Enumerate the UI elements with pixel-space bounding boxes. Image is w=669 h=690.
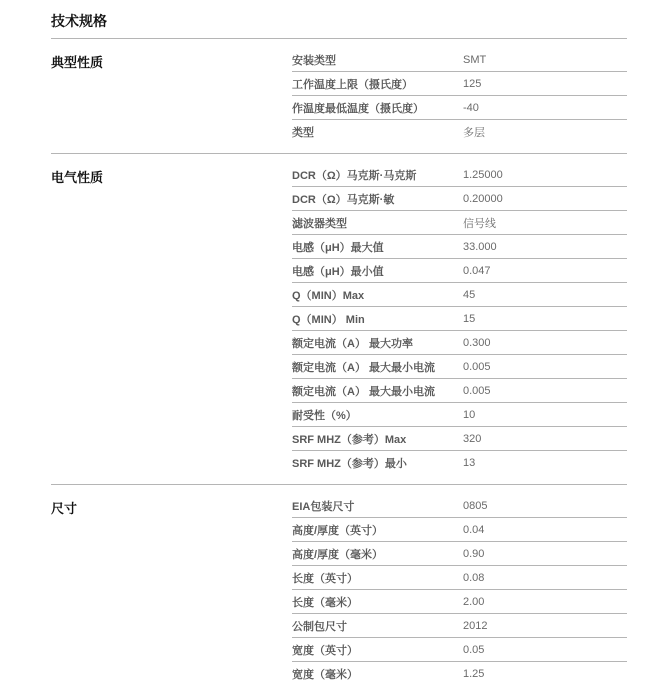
spec-value: 2012 bbox=[463, 620, 487, 632]
spec-label: 额定电流（A） 最大最小电流 bbox=[292, 383, 463, 399]
section-heading: 尺寸 bbox=[51, 485, 292, 686]
spec-label: Q（MIN） Min bbox=[292, 311, 463, 327]
section-heading: 电气性质 bbox=[51, 154, 292, 484]
spec-row: 长度（毫米）2.00 bbox=[292, 590, 627, 614]
spec-value: 320 bbox=[463, 433, 481, 445]
spec-row: 高度/厚度（英寸）0.04 bbox=[292, 518, 627, 542]
spec-row: SRF MHZ（参考）Max320 bbox=[292, 427, 627, 451]
spec-label: 类型 bbox=[292, 124, 463, 140]
spec-value: 0.08 bbox=[463, 572, 484, 584]
spec-label: 宽度（毫米） bbox=[292, 666, 463, 682]
spec-row: 安装类型SMT bbox=[292, 48, 627, 72]
spec-row: Q（MIN）Max45 bbox=[292, 283, 627, 307]
spec-row: SRF MHZ（参考）最小13 bbox=[292, 451, 627, 475]
spec-row: 电感（μH）最小值0.047 bbox=[292, 259, 627, 283]
spec-label: 安装类型 bbox=[292, 52, 463, 68]
spec-label: 滤波器类型 bbox=[292, 215, 463, 231]
spec-label: 高度/厚度（英寸） bbox=[292, 522, 463, 538]
section-typical-properties: 典型性质 安装类型SMT 工作温度上限（摄氏度）125 作温度最低温度（摄氏度）… bbox=[51, 39, 627, 154]
spec-value: 1.25 bbox=[463, 668, 484, 680]
spec-row: 额定电流（A） 最大功率0.300 bbox=[292, 331, 627, 355]
spec-row: 电感（μH）最大值33.000 bbox=[292, 235, 627, 259]
spec-value: -40 bbox=[463, 102, 479, 114]
spec-value: 125 bbox=[463, 78, 481, 90]
spec-row: 额定电流（A） 最大最小电流0.005 bbox=[292, 355, 627, 379]
spec-row: 宽度（英寸）0.05 bbox=[292, 638, 627, 662]
spec-label: 公制包尺寸 bbox=[292, 618, 463, 634]
spec-row: 作温度最低温度（摄氏度）-40 bbox=[292, 96, 627, 120]
spec-label: SRF MHZ（参考）Max bbox=[292, 431, 463, 447]
section-electrical-properties: 电气性质 DCR（Ω）马克斯·马克斯1.25000 DCR（Ω）马克斯·敏0.2… bbox=[51, 154, 627, 485]
spec-label: 电感（μH）最小值 bbox=[292, 263, 463, 279]
spec-value: 33.000 bbox=[463, 241, 497, 253]
spec-label: 额定电流（A） 最大最小电流 bbox=[292, 359, 463, 375]
spec-table: DCR（Ω）马克斯·马克斯1.25000 DCR（Ω）马克斯·敏0.20000 … bbox=[292, 154, 627, 484]
spec-table: EIA包装尺寸0805 高度/厚度（英寸）0.04 高度/厚度（毫米）0.90 … bbox=[292, 485, 627, 686]
spec-label: 工作温度上限（摄氏度） bbox=[292, 76, 463, 92]
spec-label: 电感（μH）最大值 bbox=[292, 239, 463, 255]
spec-label: DCR（Ω）马克斯·马克斯 bbox=[292, 167, 463, 183]
spec-value: 0.300 bbox=[463, 337, 491, 349]
spec-value: 0.047 bbox=[463, 265, 491, 277]
spec-value: 15 bbox=[463, 313, 475, 325]
spec-value: 0.04 bbox=[463, 524, 484, 536]
spec-page: 技术规格 典型性质 安装类型SMT 工作温度上限（摄氏度）125 作温度最低温度… bbox=[51, 0, 627, 686]
spec-value: 0805 bbox=[463, 500, 487, 512]
spec-label: 额定电流（A） 最大功率 bbox=[292, 335, 463, 351]
spec-label: Q（MIN）Max bbox=[292, 287, 463, 303]
spec-row: DCR（Ω）马克斯·马克斯1.25000 bbox=[292, 163, 627, 187]
spec-value: 1.25000 bbox=[463, 169, 503, 181]
spec-label: EIA包装尺寸 bbox=[292, 498, 463, 514]
spec-row: 工作温度上限（摄氏度）125 bbox=[292, 72, 627, 96]
spec-value: 0.20000 bbox=[463, 193, 503, 205]
page-title: 技术规格 bbox=[51, 0, 627, 39]
spec-row: DCR（Ω）马克斯·敏0.20000 bbox=[292, 187, 627, 211]
spec-row: 公制包尺寸2012 bbox=[292, 614, 627, 638]
spec-table: 安装类型SMT 工作温度上限（摄氏度）125 作温度最低温度（摄氏度）-40 类… bbox=[292, 39, 627, 153]
section-dimensions: 尺寸 EIA包装尺寸0805 高度/厚度（英寸）0.04 高度/厚度（毫米）0.… bbox=[51, 485, 627, 686]
spec-label: 长度（英寸） bbox=[292, 570, 463, 586]
spec-label: SRF MHZ（参考）最小 bbox=[292, 455, 463, 471]
spec-value: 0.005 bbox=[463, 361, 491, 373]
spec-row: 高度/厚度（毫米）0.90 bbox=[292, 542, 627, 566]
spec-label: 宽度（英寸） bbox=[292, 642, 463, 658]
spec-value: 2.00 bbox=[463, 596, 484, 608]
spec-value: 0.05 bbox=[463, 644, 484, 656]
spec-row: 宽度（毫米）1.25 bbox=[292, 662, 627, 686]
spec-label: 作温度最低温度（摄氏度） bbox=[292, 100, 463, 116]
spec-label: DCR（Ω）马克斯·敏 bbox=[292, 191, 463, 207]
spec-value: 0.90 bbox=[463, 548, 484, 560]
spec-value: 信号线 bbox=[463, 215, 496, 231]
spec-value: 45 bbox=[463, 289, 475, 301]
spec-row: 长度（英寸）0.08 bbox=[292, 566, 627, 590]
spec-row: 耐受性（%）10 bbox=[292, 403, 627, 427]
spec-value: SMT bbox=[463, 54, 486, 66]
spec-value: 多层 bbox=[463, 124, 485, 140]
spec-label: 长度（毫米） bbox=[292, 594, 463, 610]
spec-label: 耐受性（%） bbox=[292, 407, 463, 423]
spec-row: 类型多层 bbox=[292, 120, 627, 144]
section-heading: 典型性质 bbox=[51, 39, 292, 153]
spec-row: EIA包装尺寸0805 bbox=[292, 494, 627, 518]
spec-value: 13 bbox=[463, 457, 475, 469]
spec-row: 额定电流（A） 最大最小电流0.005 bbox=[292, 379, 627, 403]
spec-value: 0.005 bbox=[463, 385, 491, 397]
spec-value: 10 bbox=[463, 409, 475, 421]
spec-row: Q（MIN） Min15 bbox=[292, 307, 627, 331]
spec-label: 高度/厚度（毫米） bbox=[292, 546, 463, 562]
spec-row: 滤波器类型信号线 bbox=[292, 211, 627, 235]
